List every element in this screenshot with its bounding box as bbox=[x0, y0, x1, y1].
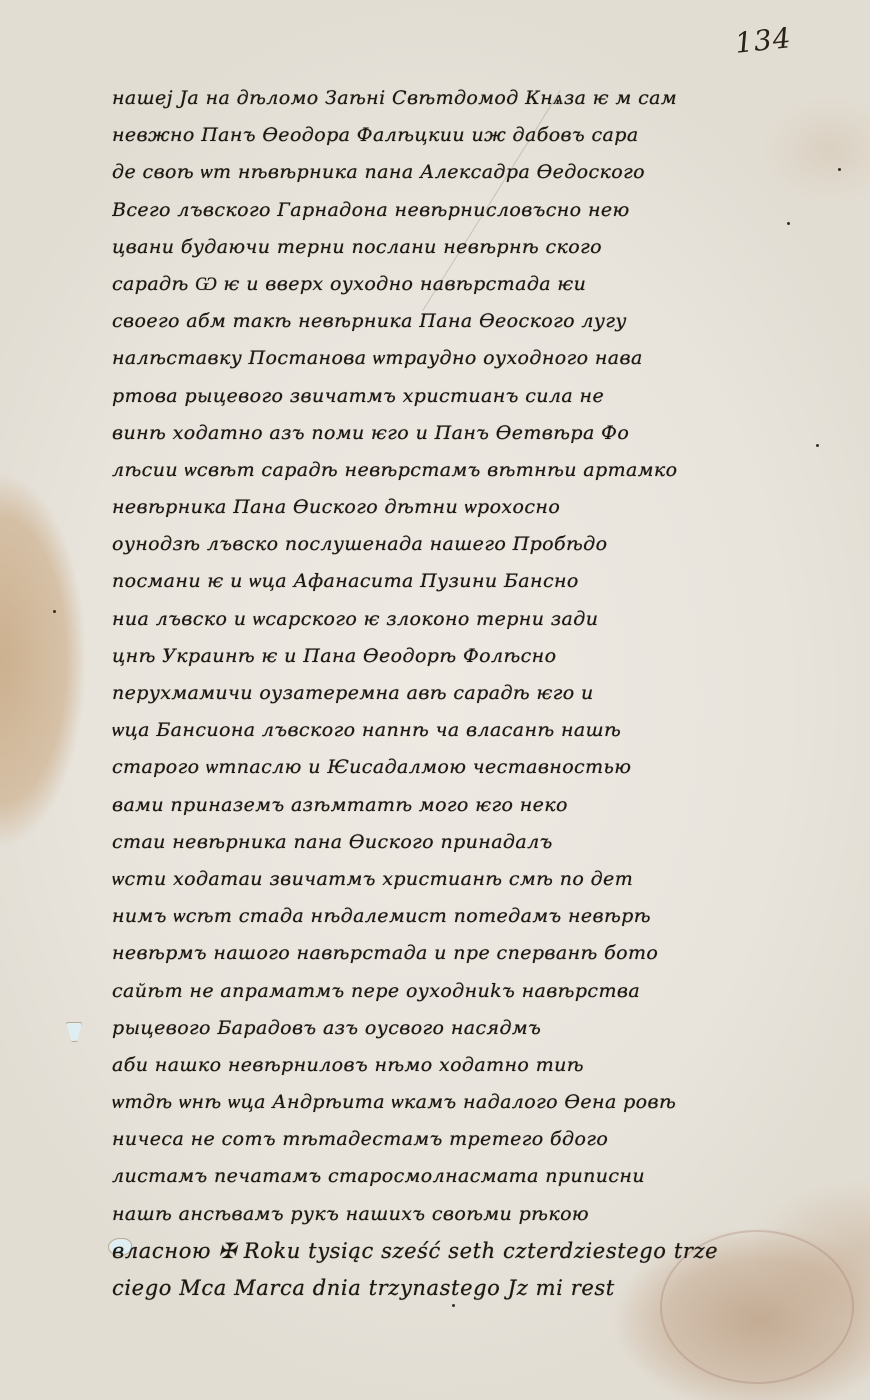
text-line-latin: власною ✠ Roku tysiąc sześć seth czterdz… bbox=[112, 1233, 752, 1270]
text-line: ниа лъвско и ѡсарского ѥ злоконо терни з… bbox=[112, 601, 752, 638]
text-line: рыцевого Барадовъ азъ оусвого насядмъ bbox=[112, 1010, 752, 1047]
text-line: сайѣт не апраматмъ пере оуходниkъ навѣрс… bbox=[112, 973, 752, 1010]
text-line: цнѣ Украинѣ ѥ и Пана Ѳеодорѣ Фолѣсно bbox=[112, 638, 752, 675]
text-line: ѡсти ходатаи звичатмъ христианѣ смѣ по д… bbox=[112, 861, 752, 898]
text-line: ничеса не сотъ тѣтадестамъ третего бдого bbox=[112, 1121, 752, 1158]
text-line: нашѣ ансѣвамъ рукъ нашихъ своѣми рѣкою bbox=[112, 1196, 752, 1233]
ink-speck bbox=[838, 168, 841, 171]
ink-speck bbox=[816, 444, 819, 447]
text-line: нимъ ѡсѣт стада нѣдалемист потедамъ невѣ… bbox=[112, 898, 752, 935]
text-line-latin: ciego Mca Marca dnia trzynastego Jz mi r… bbox=[112, 1270, 752, 1307]
ink-speck bbox=[53, 610, 56, 613]
text-line: вами приназемъ азѣмтатѣ мого ѥго неко bbox=[112, 787, 752, 824]
text-line: ртова рыцевого звичатмъ христианъ сила н… bbox=[112, 378, 752, 415]
text-line: посмани ѥ и ѡца Афанасита Пузини Бансно bbox=[112, 563, 752, 600]
text-line: лѣсии ѡсвѣт сарадѣ невѣрстамъ вѣтнѣи арт… bbox=[112, 452, 752, 489]
text-line: стаи невѣрника пана Ѳиского принадалъ bbox=[112, 824, 752, 861]
text-line: листамъ печатамъ старосмолнасмата припис… bbox=[112, 1158, 752, 1195]
text-line: невжно Панъ Ѳеодора Фалѣцкии иж дабовъ с… bbox=[112, 117, 752, 154]
text-line: цвани будаючи терни послани невѣрнѣ ског… bbox=[112, 229, 752, 266]
text-line: Всего лъвского Гарнадона невѣрнисловъсно… bbox=[112, 192, 752, 229]
text-line: ѡца Бансиона лъвского напнѣ ча власанѣ н… bbox=[112, 712, 752, 749]
text-line: своего абм такѣ невѣрника Пана Ѳеоского … bbox=[112, 303, 752, 340]
ink-speck bbox=[787, 222, 790, 225]
manuscript-text: нашеј Ја на дѣломо Заѣнi Свѣтдомод Кнѧза… bbox=[112, 80, 752, 1307]
text-line: нашеј Ја на дѣломо Заѣнi Свѣтдомод Кнѧза… bbox=[112, 80, 752, 117]
manuscript-page: 134 нашеј Ја на дѣломо Заѣнi Свѣтдомод К… bbox=[0, 0, 870, 1400]
text-line: сарадѣ Ѡ ѥ и вверх оуходно навѣрстада ѥи bbox=[112, 266, 752, 303]
text-line: налѣставку Постанова ѡтраудно оуходного … bbox=[112, 340, 752, 377]
text-line: де своѣ ѡт нѣвѣрника пана Алексадра Ѳедо… bbox=[112, 154, 752, 191]
text-line: старого ѡтпаслю и Ѥисадалмою честавность… bbox=[112, 749, 752, 786]
text-line: оунодзѣ лъвско послушенада нашего Пробѣд… bbox=[112, 526, 752, 563]
text-line: невѣрмъ нашого навѣрстада и пре сперванѣ… bbox=[112, 935, 752, 972]
paper-hole bbox=[66, 1022, 82, 1042]
text-line: невѣрника Пана Ѳиского дѣтни ѡрохосно bbox=[112, 489, 752, 526]
text-line: винѣ ходатно азъ поми ѥго и Панъ Ѳетвѣра… bbox=[112, 415, 752, 452]
folio-number: 134 bbox=[733, 21, 793, 60]
text-line: перухмамичи оузатеремна авѣ сарадѣ ѥго и bbox=[112, 675, 752, 712]
text-line: аби нашко невѣрниловъ нѣмо ходатно тиѣ bbox=[112, 1047, 752, 1084]
text-line: ѡтдѣ ѡнѣ ѡца Андрѣита ѡкамъ надалого Ѳен… bbox=[112, 1084, 752, 1121]
